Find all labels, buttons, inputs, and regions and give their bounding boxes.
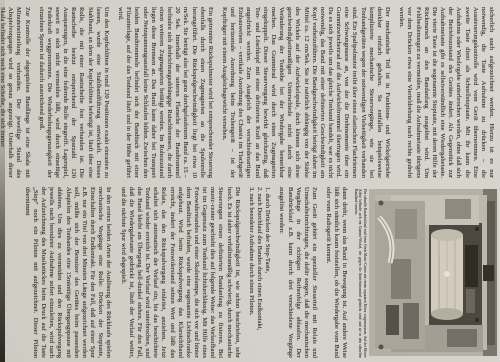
list-item: 2. nach Durchlauf des Bandes durch einen… [255,187,263,358]
paragraph: Um den Kopfschlitten in rund 120 Positio… [37,7,110,178]
column-right: Der schnelle Bandrücklauf wird beim Gerä… [0,187,500,358]
photo-caption: Der schnelle Bandrücklauf wird beim Gerä… [354,189,368,358]
paragraph: sicherlich auch aufgezeichnet werden. Hi… [397,7,495,178]
scanned-page-viewport: sicherlich auch aufgezeichnet werden. Hi… [0,0,500,362]
paragraph: Die Rückspulgeschwindigkeit ist, wie sch… [118,187,240,358]
paragraph: In den ersten beiden Arten der Auslösung… [23,187,113,358]
column-left: sicherlich auch aufgezeichnet werden. Hi… [0,7,500,178]
paragraph: Ein getrennter Rückspulmotor wird bei en… [116,7,214,178]
list-item: 3. nach beendeter Aufnahme durch einen P… [247,187,255,358]
paragraph: Zur Kontrolle der abgespielten Bandlänge… [0,7,31,178]
tape-mechanism-photo [369,189,497,356]
list-item: 1. durch Drücken der Stop-Taste, [263,187,271,358]
numbered-list: 1. durch Drücken der Stop-Taste, 2. nach… [247,187,271,358]
paragraph: dann dreht, wenn das Band in Bewegung is… [324,187,348,358]
paragraph: Der mechanische Teil ist in Funktions- u… [220,7,391,178]
magazine-page: sicherlich auch aufgezeichnet werden. Hi… [0,0,500,362]
paragraph: Zum Gerät gehört ein spezieller Steuerte… [277,187,318,358]
